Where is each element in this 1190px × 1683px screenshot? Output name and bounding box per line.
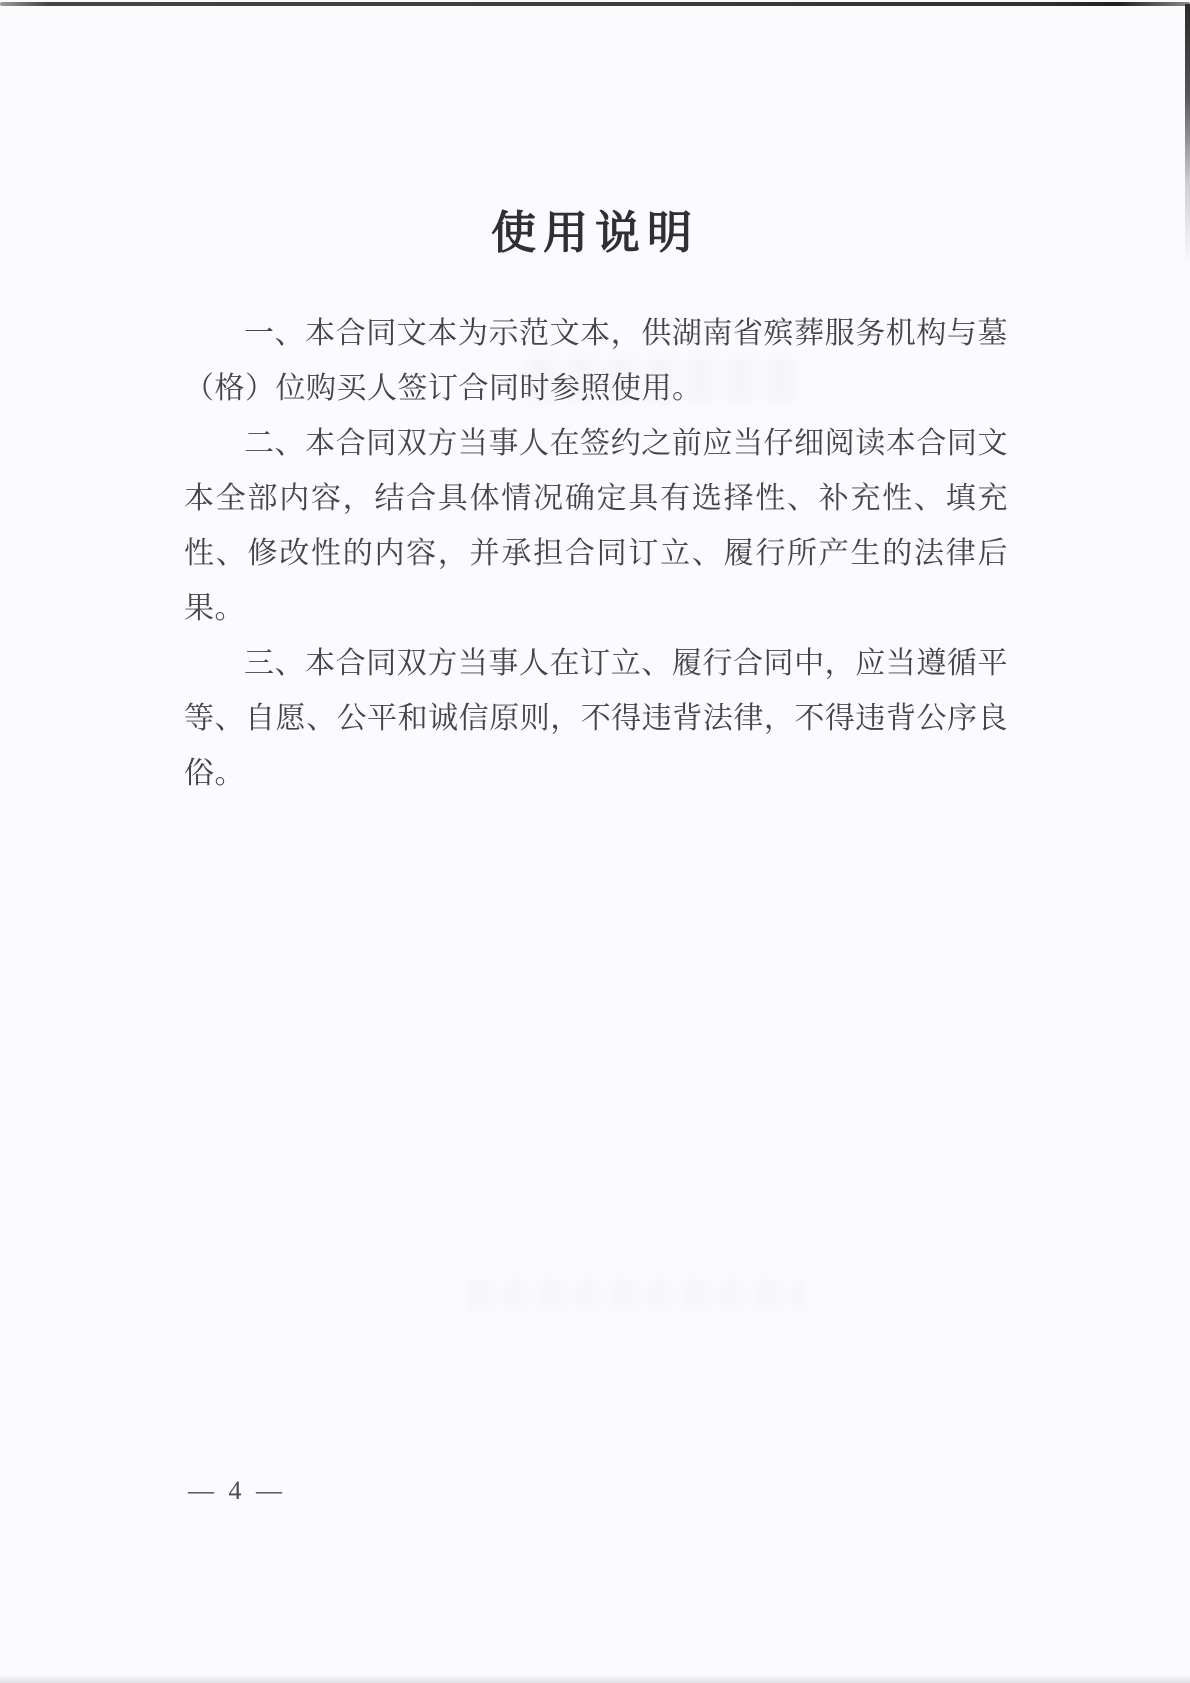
- scan-edge-bottom-artifact: [0, 1675, 1190, 1683]
- document-body: 一、本合同文本为示范文本，供湖南省殡葬服务机构与墓（格）位购买人签订合同时参照使…: [184, 306, 1008, 801]
- ink-bleed-through-smudge: [468, 1278, 804, 1312]
- usage-note-paragraph-3: 三、本合同双方当事人在订立、履行合同中，应当遵循平等、自愿、公平和诚信原则，不得…: [184, 636, 1008, 801]
- page-number: — 4 —: [188, 1476, 286, 1506]
- scanned-document-page: 使用说明 一、本合同文本为示范文本，供湖南省殡葬服务机构与墓（格）位购买人签订合…: [0, 0, 1190, 1683]
- document-title: 使用说明: [0, 196, 1190, 261]
- usage-note-paragraph-1: 一、本合同文本为示范文本，供湖南省殡葬服务机构与墓（格）位购买人签订合同时参照使…: [184, 306, 1008, 416]
- usage-note-paragraph-2: 二、本合同双方当事人在签约之前应当仔细阅读本合同文本全部内容，结合具体情况确定具…: [184, 416, 1008, 636]
- scan-edge-top-artifact: [0, 2, 1190, 6]
